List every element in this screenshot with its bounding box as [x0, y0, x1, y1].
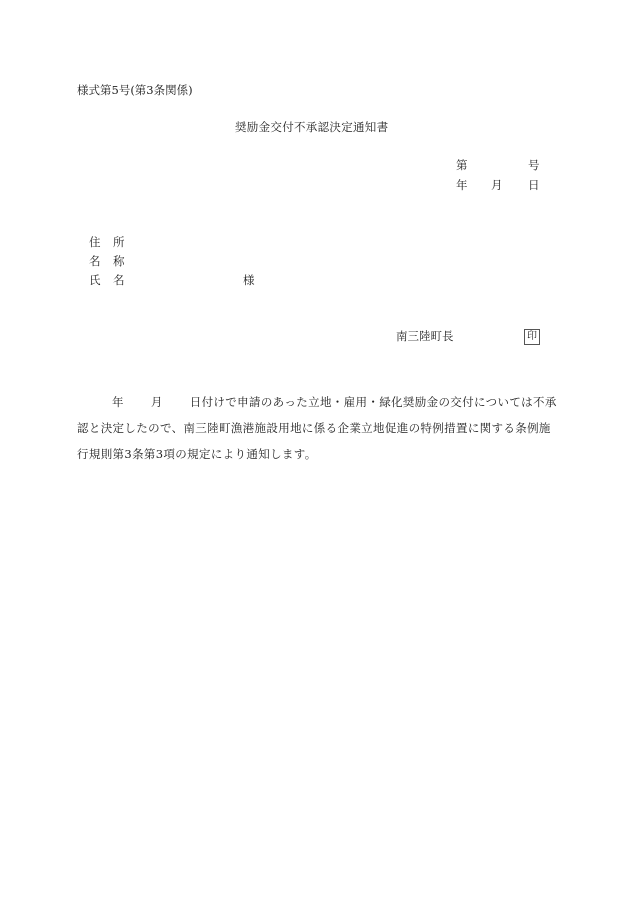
date-month-label: 月: [491, 180, 503, 192]
seal-icon: 印: [524, 329, 540, 345]
honorific: 様: [243, 275, 255, 287]
issuer-title: 南三陸町長: [396, 331, 454, 343]
company-name-label: 名称: [89, 256, 125, 268]
body-line-3: 行規則第3条第3項の規定により通知します。: [77, 441, 551, 467]
body-line-1: 年月日付けで申請のあった立地・雇用・緑化奨励金の交付については不承: [77, 389, 551, 415]
document-number-prefix: 第: [456, 160, 468, 172]
body-text: 年月日付けで申請のあった立地・雇用・緑化奨励金の交付については不承 認と決定した…: [77, 389, 551, 467]
person-name-label: 氏名: [89, 275, 125, 287]
date-year-label: 年: [456, 180, 468, 192]
date-day-label: 日: [528, 180, 540, 192]
form-number: 様式第5号(第3条関係): [77, 85, 193, 97]
body-line-2: 認と決定したので、南三陸町漁港施設用地に係る企業立地促進の特例措置に関する条例施: [77, 415, 551, 441]
document-title: 奨励金交付不承認決定通知書: [235, 122, 388, 134]
address-label: 住所: [89, 237, 125, 249]
document-number-suffix: 号: [528, 160, 540, 172]
